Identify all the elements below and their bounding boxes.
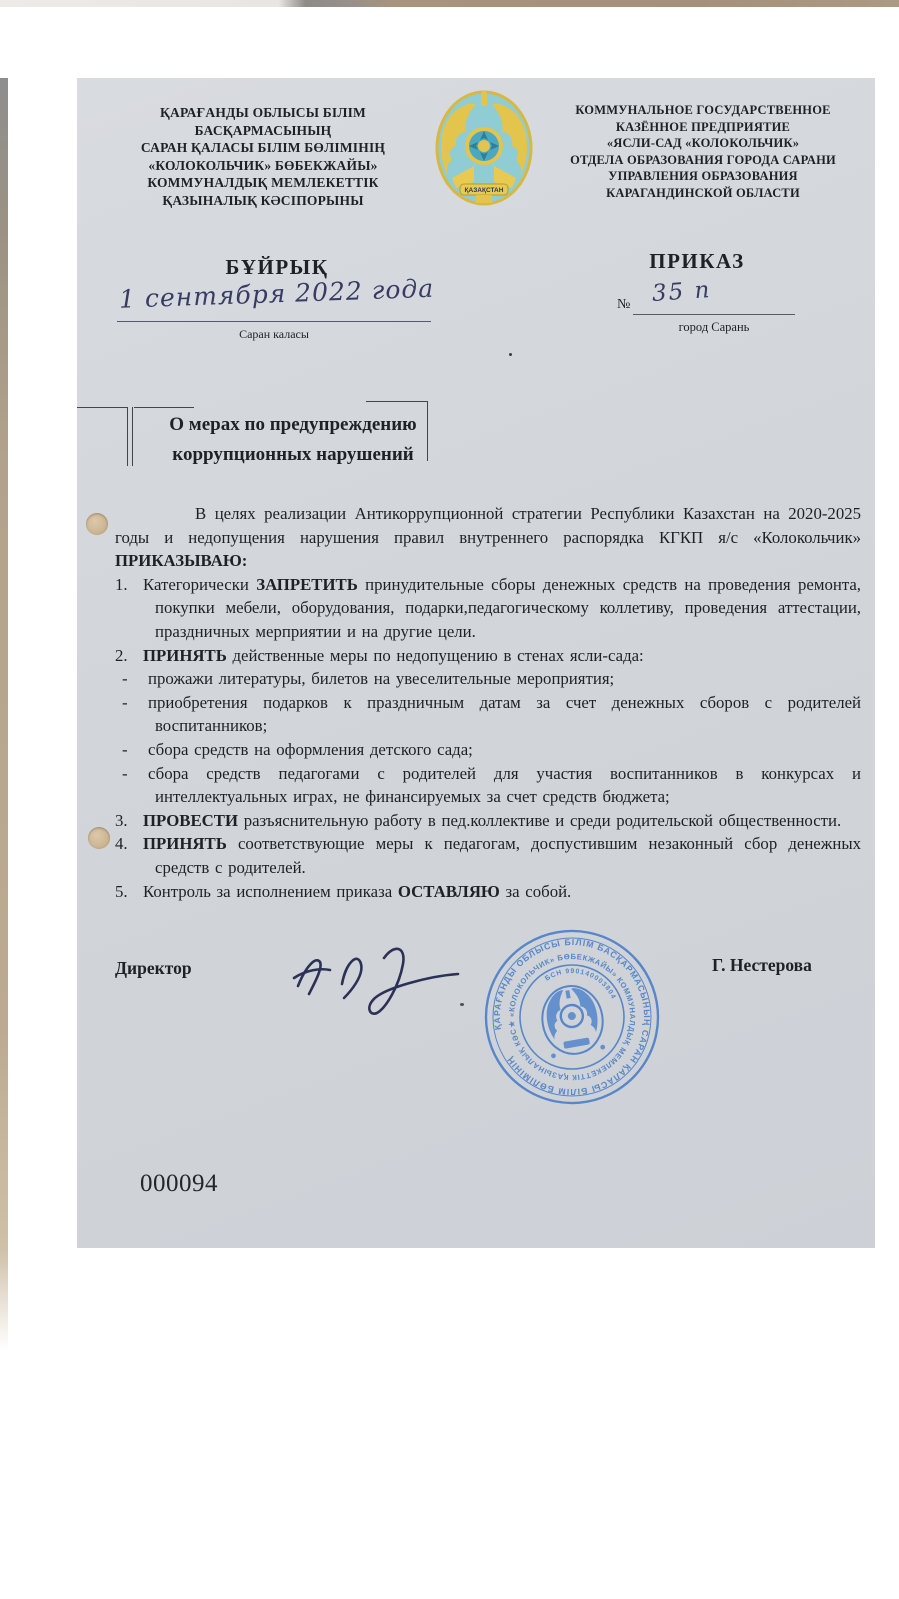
order-body-text: В целях реализации Антикоррупционной стр… xyxy=(115,502,861,903)
order-body-paragraph: -сбора средств на оформления детского са… xyxy=(115,738,861,762)
org-name-kk-line: БАСҚАРМАСЫНЫҢ xyxy=(107,122,419,140)
order-body-paragraph: -приобретения подарков к праздничным дат… xyxy=(115,691,861,738)
table-border-fragment xyxy=(134,407,194,408)
org-name-ru-line: «ЯСЛИ-САД «КОЛОКОЛЬЧИК» xyxy=(541,135,865,152)
order-number-label: № xyxy=(617,297,630,313)
org-name-ru-line: КАРАГАНДИНСКОЙ ОБЛАСТИ xyxy=(541,185,865,202)
org-name-kazakh: ҚАРАҒАНДЫ ОБЛЫСЫ БІЛІМ БАСҚАРМАСЫНЫҢ САР… xyxy=(107,104,419,209)
org-name-ru-line: УПРАВЛЕНИЯ ОБРАЗОВАНИЯ xyxy=(541,168,865,185)
order-body-paragraph: 1.Категорически ЗАПРЕТИТЬ принудительные… xyxy=(115,573,861,644)
date-underline xyxy=(117,321,431,322)
order-body-paragraph: 4.ПРИНЯТЬ соответствующие меры к педагог… xyxy=(115,832,861,879)
order-subject-line1: О мерах по предупреждению xyxy=(137,410,449,440)
director-signature xyxy=(280,928,480,1016)
org-name-kk-line: ҚАРАҒАНДЫ ОБЛЫСЫ БІЛІМ xyxy=(107,104,419,122)
emblem-banner-text: ҚАЗАҚСТАН xyxy=(465,187,504,194)
stray-ink-dot xyxy=(509,353,512,356)
table-border-fragment xyxy=(77,407,127,408)
order-body-paragraph: -прожажи литературы, билетов на увеселит… xyxy=(115,667,861,691)
org-name-kk-line: ҚАЗЫНАЛЫҚ КӘСІПОРЫНЫ xyxy=(107,192,419,210)
table-border-fragment xyxy=(366,401,427,402)
table-border-fragment xyxy=(127,407,133,466)
kazakhstan-coat-of-arms-icon: ҚАЗАҚСТАН xyxy=(430,88,538,210)
document-page: ҚАРАҒАНДЫ ОБЛЫСЫ БІЛІМ БАСҚАРМАСЫНЫҢ САР… xyxy=(77,78,875,1248)
order-body-paragraph: 5.Контроль за исполнением приказа ОСТАВЛ… xyxy=(115,880,861,904)
signer-role-label: Директор xyxy=(115,958,192,979)
org-name-ru-line: КАЗЁННОЕ ПРЕДПРИЯТИЕ xyxy=(541,119,865,136)
stamp-center-emblem xyxy=(537,981,608,1059)
order-subject-line2: коррупционных нарушений xyxy=(137,440,449,470)
order-title-russian: ПРИКАЗ xyxy=(577,249,817,274)
photo-background-left-edge xyxy=(0,78,8,1350)
org-name-ru-line: ОТДЕЛА ОБРАЗОВАНИЯ ГОРОДА САРАНИ xyxy=(541,152,865,169)
form-serial-number: 000094 xyxy=(140,1170,218,1198)
order-body-paragraph: 3.ПРОВЕСТИ разъяснительную работу в пед.… xyxy=(115,809,861,833)
number-underline xyxy=(633,314,795,315)
scanned-photo: ҚАРАҒАНДЫ ОБЛЫСЫ БІЛІМ БАСҚАРМАСЫНЫҢ САР… xyxy=(0,0,899,1599)
org-name-ru-line: КОММУНАЛЬНОЕ ГОСУДАРСТВЕННОЕ xyxy=(541,102,865,119)
handwritten-order-number: 35 п xyxy=(651,277,712,307)
punch-hole xyxy=(88,827,110,849)
order-subject: О мерах по предупреждению коррупционных … xyxy=(137,410,449,470)
punch-hole xyxy=(86,513,108,535)
photo-background-top-edge xyxy=(0,0,899,7)
org-name-russian: КОММУНАЛЬНОЕ ГОСУДАРСТВЕННОЕ КАЗЁННОЕ ПР… xyxy=(541,102,865,201)
order-body-paragraph: -сбора средств педагогами с родителей дл… xyxy=(115,762,861,809)
org-name-kk-line: «КОЛОКОЛЬЧИК» БӨБЕКЖАЙЫ» xyxy=(107,157,419,175)
city-label-russian: город Сарань xyxy=(633,320,795,335)
order-body-paragraph: 2.ПРИНЯТЬ действенные меры по недопущени… xyxy=(115,644,861,668)
org-name-kk-line: КОММУНАЛДЫҚ МЕМЛЕКЕТТІК xyxy=(107,174,419,192)
ink-dot xyxy=(460,1003,464,1006)
signer-name: Г. Нестерова xyxy=(712,955,812,976)
org-name-kk-line: САРАН ҚАЛАСЫ БІЛІМ БӨЛІМІНІҢ xyxy=(107,139,419,157)
order-body-paragraph: В целях реализации Антикоррупционной стр… xyxy=(115,502,861,573)
official-round-stamp: ҚАРАҒАНДЫ ОБЛЫСЫ БІЛІМ БАСҚАРМАСЫНЫҢ САР… xyxy=(483,928,661,1106)
city-label-kazakh: Саран каласы xyxy=(117,327,431,342)
